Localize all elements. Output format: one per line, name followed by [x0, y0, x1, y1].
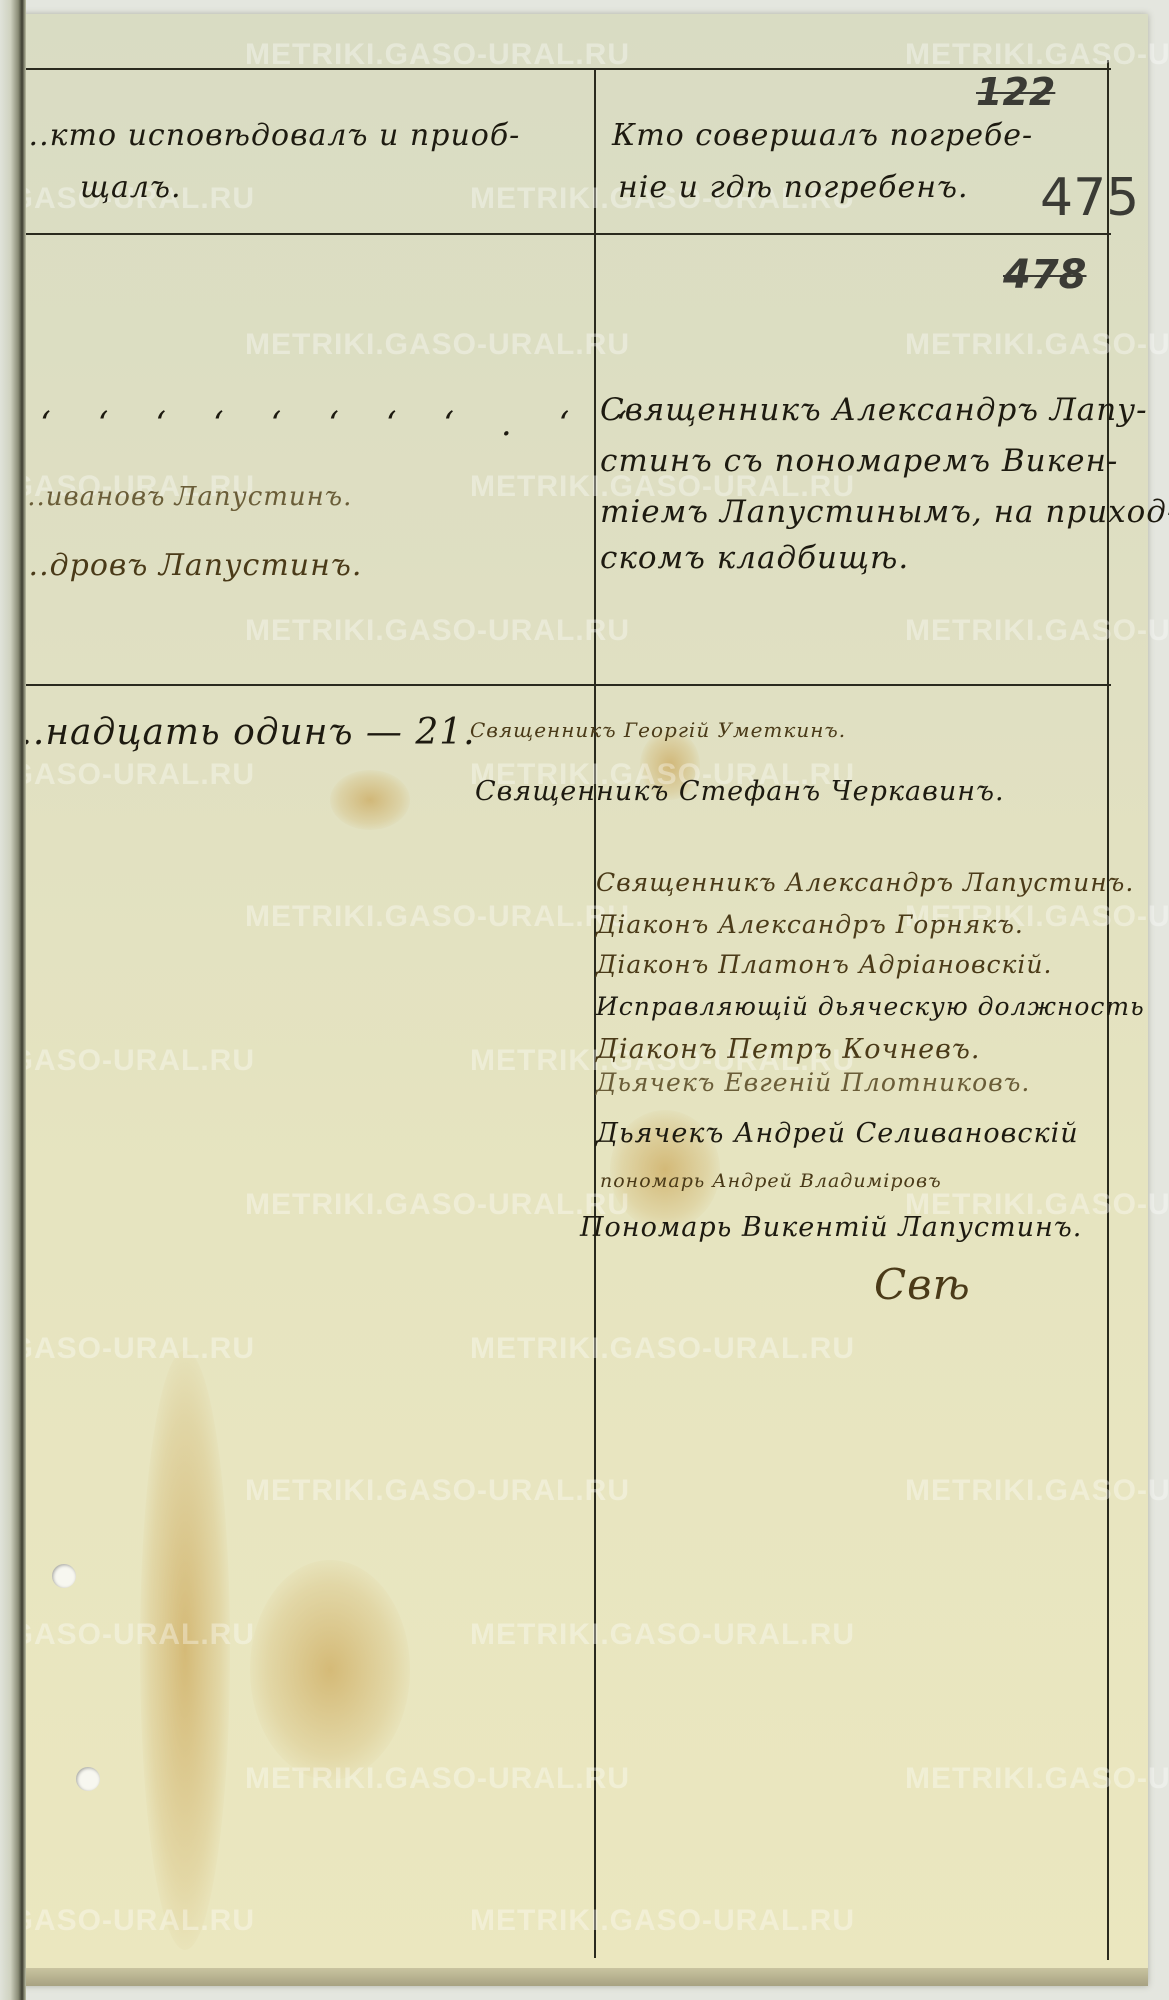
punch-hole [76, 1767, 100, 1791]
header-left-line-2: щалъ. [80, 170, 182, 205]
watermark: METRIKI.GASO-URAL.RU [470, 1332, 855, 1366]
signature-line: Дьячекъ Евгеній Плотниковъ. [596, 1068, 1030, 1097]
watermark: METRIKI.GASO-URAL.RU [0, 1904, 255, 1938]
header-left-line-1: ...кто исповѣдовалъ и приоб- [18, 118, 520, 153]
water-stain [250, 1560, 410, 1780]
burial-line-1: Священникъ Александръ Лапу- [600, 392, 1148, 428]
entry-bottom-rule [26, 684, 1111, 686]
signature-line: Діаконъ Петръ Кочневъ. [596, 1034, 980, 1065]
summary-signature-2: Священникъ Стефанъ Черкавинъ. [475, 776, 1005, 807]
burial-line-2: стинъ съ пономаремъ Викен- [600, 443, 1118, 479]
watermark: METRIKI.GASO-URAL.RU [470, 1618, 855, 1652]
summary-total: ...надцать одинъ — 21. [8, 712, 476, 753]
watermark: METRIKI.GASO-URAL.RU [905, 1474, 1169, 1508]
watermark: METRIKI.GASO-URAL.RU [0, 1332, 255, 1366]
page-bottom-edge [18, 1968, 1148, 1986]
watermark: METRIKI.GASO-URAL.RU [905, 1762, 1169, 1796]
watermark: METRIKI.GASO-URAL.RU [0, 758, 255, 792]
header-bottom-rule [26, 233, 1111, 235]
signature-line: пономарь Андрей Владиміровъ [600, 1170, 942, 1192]
watermark: METRIKI.GASO-URAL.RU [0, 1044, 255, 1078]
watermark: METRIKI.GASO-URAL.RU [245, 1474, 630, 1508]
watermark: METRIKI.GASO-URAL.RU [245, 38, 630, 72]
watermark: METRIKI.GASO-URAL.RU [245, 1762, 630, 1796]
watermark: METRIKI.GASO-URAL.RU [245, 900, 630, 934]
entry-number: 478 [1003, 252, 1087, 298]
watermark: METRIKI.GASO-URAL.RU [905, 328, 1169, 362]
header-right-line-2: ніе и гдѣ погребенъ. [618, 170, 969, 205]
header-right-line-1: Кто совершалъ погребе- [612, 118, 1033, 153]
watermark: METRIKI.GASO-URAL.RU [245, 1188, 630, 1222]
punch-hole [52, 1564, 76, 1588]
entry-left-line-2: ...дровъ Лапустинъ. [18, 548, 362, 583]
signature-line: Исправляющій дьяческую должность [596, 992, 1145, 1021]
signature-line: Пономарь Викентій Лапустинъ. [580, 1212, 1082, 1243]
watermark: METRIKI.GASO-URAL.RU [905, 614, 1169, 648]
old-page-number: 122 [976, 70, 1055, 114]
summary-signature-1: Священникъ Георгій Уметкинъ. [470, 718, 846, 742]
new-page-number: 475 [1040, 168, 1139, 228]
watermark: METRIKI.GASO-URAL.RU [0, 1618, 255, 1652]
book-binding-gutter [0, 0, 26, 2000]
entry-left-line-1: ...ивановъ Лапустинъ. [18, 482, 352, 512]
burial-line-4: скомъ кладбищѣ. [600, 540, 909, 576]
watermark: METRIKI.GASO-URAL.RU [245, 328, 630, 362]
signature-line: Дьячекъ Андрей Селивановскій [596, 1118, 1079, 1149]
signature-line: Діаконъ Александръ Горнякъ. [596, 910, 1024, 939]
watermark: METRIKI.GASO-URAL.RU [905, 38, 1169, 72]
ditto-marks: ‘ ‘ ‘ ‘ ‘ ‘ ‘ ‘ . ‘ ‘ [40, 404, 645, 444]
seal-mark: Свѣ [874, 1260, 971, 1309]
signature-line: Священникъ Александръ Лапустинъ. [596, 868, 1134, 897]
watermark: METRIKI.GASO-URAL.RU [470, 1904, 855, 1938]
watermark: METRIKI.GASO-URAL.RU [245, 614, 630, 648]
burial-line-3: тіемъ Лапустинымъ, на приход- [600, 494, 1169, 530]
water-stain [330, 770, 410, 830]
signature-line: Діаконъ Платонъ Адріановскій. [596, 950, 1052, 979]
